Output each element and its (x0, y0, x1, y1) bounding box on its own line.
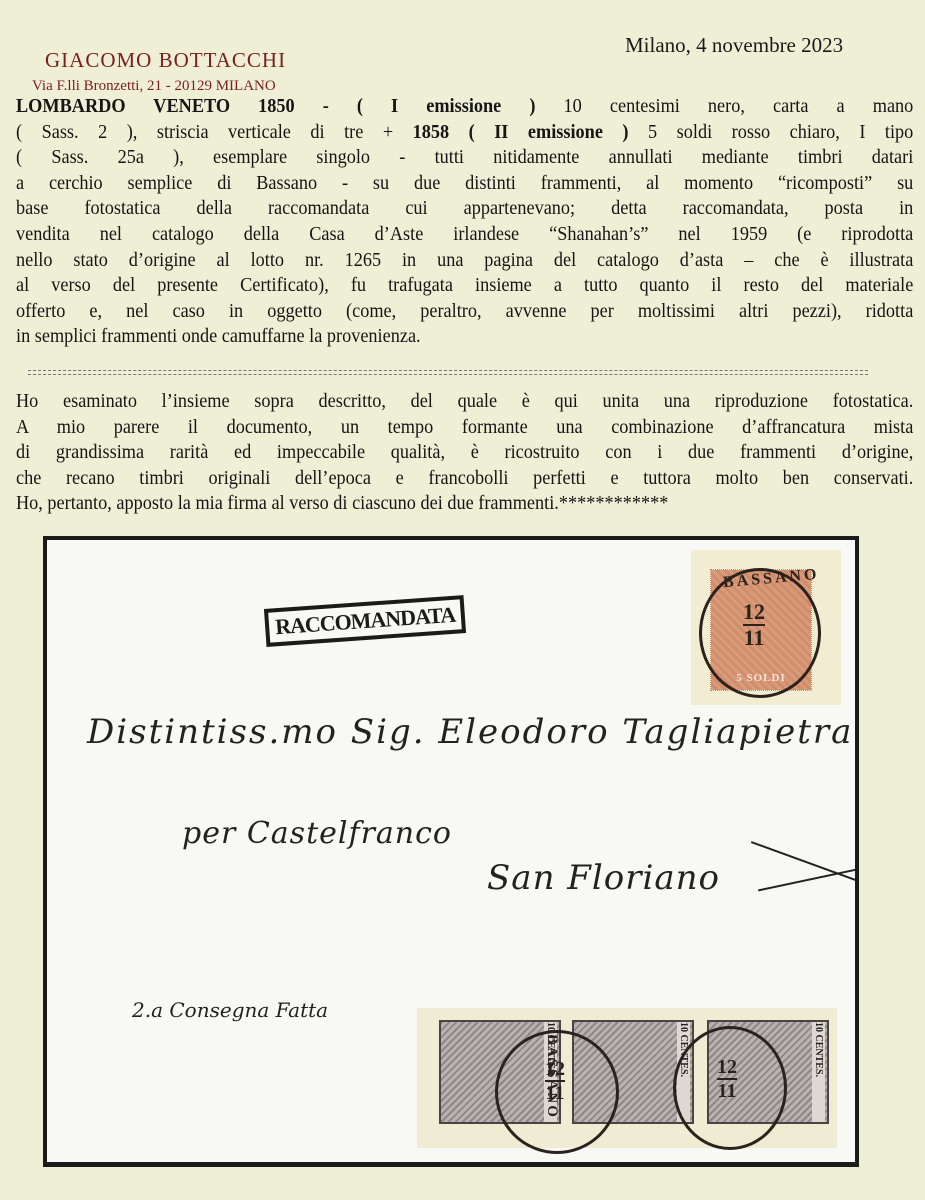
description-line: base fotostatica della raccomandata cui … (16, 196, 913, 222)
description-text: in semplici frammenti onde camuffarne la… (16, 325, 421, 347)
description-text: nello stato d’origine al lotto nr. 1265 … (16, 249, 913, 271)
description-line: ( Sass. 25a ), esemplare singolo - tutti… (16, 145, 913, 171)
description-text: ( Sass. 2 ), striscia verticale di tre + (16, 121, 413, 143)
section-divider (28, 370, 868, 375)
opinion-line: che recano timbri originali dell’epoca e… (16, 466, 913, 492)
postmark-day: 12 (545, 1058, 565, 1082)
certificate-date: Milano, 4 novembre 2023 (625, 33, 843, 58)
opinion-line: di grandissima rarità ed impeccabile qua… (16, 440, 913, 466)
postmark-date: 12 11 (743, 600, 765, 650)
registered-mark: RACCOMANDATA (264, 595, 466, 647)
description-line: offerto e, nel caso in oggetto (come, pe… (16, 299, 913, 325)
issue-heading: 1858 ( II emissione ) (413, 121, 629, 143)
opinion-line: Ho, pertanto, apposto la mia firma al ve… (16, 491, 913, 517)
description-line: a cerchio semplice di Bassano - su due d… (16, 171, 913, 197)
description-line: ( Sass. 2 ), striscia verticale di tre +… (16, 120, 913, 146)
description-line: nello stato d’origine al lotto nr. 1265 … (16, 248, 913, 274)
description-text: a cerchio semplice di Bassano - su due d… (16, 172, 913, 194)
pen-stroke (758, 867, 859, 892)
opinion-line: A mio parere il documento, un tempo form… (16, 415, 913, 441)
cover-photo: RACCOMANDATA 5 SOLDI BASSANO 12 11 Disti… (43, 536, 859, 1167)
handwritten-routing: per Castelfranco (182, 816, 452, 851)
stamp-value-label: 10 CENTES. (812, 1022, 825, 1122)
postmark-date: 12 11 (717, 1056, 737, 1102)
stamp-fragment-5-soldi: 5 SOLDI BASSANO 12 11 (691, 550, 841, 705)
description-line: vendita nel catalogo della Casa d’Aste i… (16, 222, 913, 248)
postmark-date: 12 11 (545, 1058, 565, 1104)
stamp-fragment-10-centesimi: 10 CENTES. 10 CENTES. 10 CENTES. BASSANO… (417, 1008, 837, 1148)
description-text: vendita nel catalogo della Casa d’Aste i… (16, 223, 913, 245)
handwritten-town: San Floriano (487, 858, 720, 898)
postmark-month: 11 (546, 1082, 565, 1104)
expert-address: Via F.lli Bronzetti, 21 - 20129 MILANO (32, 78, 276, 95)
description-line: LOMBARDO VENETO 1850 - ( I emissione ) 1… (16, 94, 913, 120)
postmark-day: 12 (717, 1056, 737, 1080)
postmark-day: 12 (743, 600, 765, 626)
description-text: base fotostatica della raccomandata cui … (16, 197, 913, 219)
description-text: 10 centesimi nero, carta a mano (535, 95, 913, 117)
description-text: ( Sass. 25a ), esemplare singolo - tutti… (16, 146, 913, 168)
handwritten-note: 2.a Consegna Fatta (132, 998, 328, 1022)
postmark-month: 11 (718, 1080, 737, 1102)
postmark-month: 11 (744, 625, 765, 650)
description-text: offerto e, nel caso in oggetto (come, pe… (16, 300, 913, 322)
handwritten-addressee: Distintiss.mo Sig. Eleodoro Tagliapietra (87, 712, 853, 752)
opinion-line: Ho esaminato l’insieme sopra descritto, … (16, 389, 913, 415)
description-text: al verso del presente Certificato), fu t… (16, 274, 913, 296)
expert-opinion: Ho esaminato l’insieme sopra descritto, … (16, 389, 913, 517)
description-line: al verso del presente Certificato), fu t… (16, 273, 913, 299)
description-text: 5 soldi rosso chiaro, I tipo (629, 121, 914, 143)
description-line: in semplici frammenti onde camuffarne la… (16, 324, 913, 350)
lot-description: LOMBARDO VENETO 1850 - ( I emissione ) 1… (16, 94, 913, 350)
expert-name: GIACOMO BOTTACCHI (45, 48, 286, 73)
issue-heading: LOMBARDO VENETO 1850 - ( I emissione ) (16, 95, 535, 117)
pen-stroke (751, 841, 859, 891)
